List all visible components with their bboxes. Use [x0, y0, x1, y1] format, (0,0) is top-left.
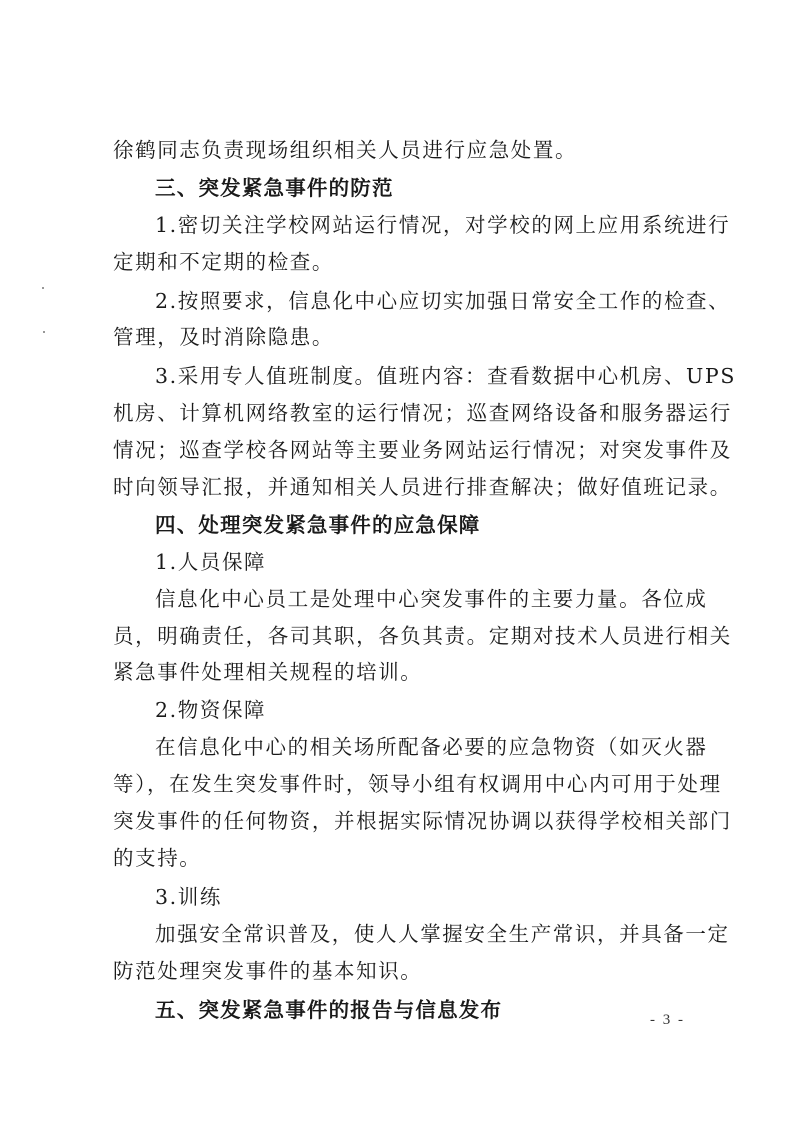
- paragraph-line: 加强安全常识普及，使人人掌握安全生产常识，并具备一定: [155, 921, 698, 947]
- section-heading: 四、处理突发紧急事件的应急保障: [155, 512, 698, 538]
- paragraph-line: 3.采用专人值班制度。值班内容：查看数据中心机房、UPS: [155, 363, 698, 389]
- document-page: 徐鹤同志负责现场组织相关人员进行应急处置。三、突发紧急事件的防范1.密切关注学校…: [0, 0, 796, 1124]
- paragraph-line: 1.人员保障: [155, 549, 698, 575]
- paragraph-line: 2.物资保障: [155, 697, 698, 723]
- paragraph-line: 信息化中心员工是处理中心突发事件的主要力量。各位成: [155, 586, 698, 612]
- paragraph-line: 突发事件的任何物资，并根据实际情况协调以获得学校相关部门: [113, 808, 698, 834]
- paragraph-line: 情况；巡查学校各网站等主要业务网站运行情况；对突发事件及: [113, 437, 698, 463]
- section-heading: 五、突发紧急事件的报告与信息发布: [155, 997, 698, 1023]
- paragraph-line: 时向领导汇报，并通知相关人员进行排查解决；做好值班记录。: [113, 474, 698, 500]
- paragraph-line: 员，明确责任，各司其职，各负其责。定期对技术人员进行相关: [113, 623, 698, 649]
- paragraph-line: 紧急事件处理相关规程的培训。: [113, 659, 698, 685]
- section-heading: 三、突发紧急事件的防范: [155, 175, 698, 201]
- paragraph-line: 3.训练: [155, 884, 698, 910]
- paragraph-line: 在信息化中心的相关场所配备必要的应急物资（如灭火器: [155, 734, 698, 760]
- paragraph-line: 1.密切关注学校网站运行情况，对学校的网上应用系统进行: [155, 212, 698, 238]
- paragraph-line: 机房、计算机网络教室的运行情况；巡查网络设备和服务器运行: [113, 400, 698, 426]
- paragraph-line: 徐鹤同志负责现场组织相关人员进行应急处置。: [113, 137, 698, 163]
- paragraph-line: 2.按照要求，信息化中心应切实加强日常安全工作的检查、: [155, 288, 698, 314]
- paragraph-line: 等），在发生突发事件时，领导小组有权调用中心内可用于处理: [113, 771, 698, 797]
- page-number: - 3 -: [650, 1012, 685, 1029]
- paragraph-line: 防范处理突发事件的基本知识。: [113, 958, 698, 984]
- paragraph-line: 定期和不定期的检查。: [113, 249, 698, 275]
- paragraph-line: 的支持。: [113, 845, 698, 871]
- scan-speck: [42, 287, 44, 289]
- paragraph-line: 管理，及时消除隐患。: [113, 324, 698, 350]
- scan-speck: [43, 331, 45, 333]
